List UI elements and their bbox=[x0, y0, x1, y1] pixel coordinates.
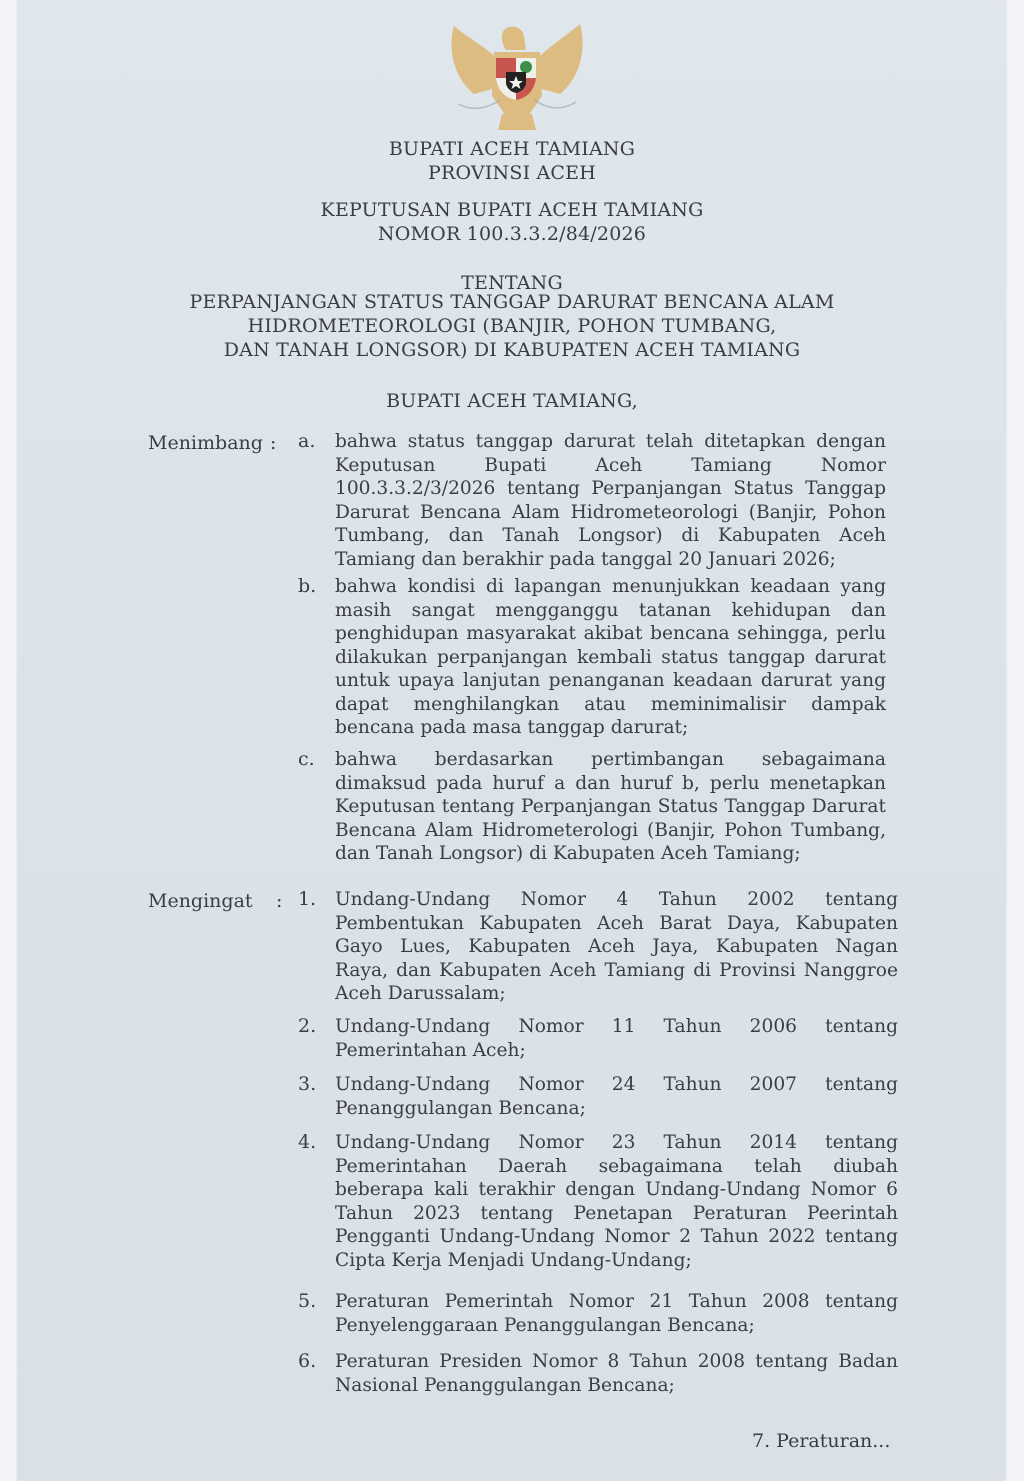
menimbang-item-text: bahwa kondisi di lapangan menunjukkan ke… bbox=[335, 575, 886, 740]
menimbang-item: a.bahwa status tanggap darurat telah dit… bbox=[298, 430, 886, 571]
menimbang-item-text: bahwa berdasarkan pertimbangan sebagaima… bbox=[335, 748, 886, 866]
mengingat-item: 3.Undang-Undang Nomor 24 Tahun 2007 tent… bbox=[298, 1073, 898, 1120]
mengingat-item: 2.Undang-Undang Nomor 11 Tahun 2006 tent… bbox=[298, 1015, 898, 1062]
text-line: dilakukan perpanjangan kembali status ta… bbox=[335, 646, 886, 670]
text-line: dan Tanah Longsor) di Kabupaten Aceh Tam… bbox=[335, 842, 886, 866]
menimbang-colon: : bbox=[270, 432, 276, 455]
text-line: Bencana Alam Hidrometerologi (Banjir, Po… bbox=[335, 819, 886, 843]
mengingat-item: 4.Undang-Undang Nomor 23 Tahun 2014 tent… bbox=[298, 1131, 898, 1272]
text-line: Penyelenggaraan Penanggulangan Bencana; bbox=[335, 1314, 898, 1338]
text-line: dapat menghilangkan atau meminimalisir d… bbox=[335, 693, 886, 717]
menimbang-item-marker: a. bbox=[298, 430, 315, 454]
text-line: Pemerintahan Aceh; bbox=[335, 1039, 898, 1063]
continuation-marker: 7. Peraturan... bbox=[752, 1430, 890, 1453]
mengingat-item-text: Undang-Undang Nomor 23 Tahun 2014 tentan… bbox=[335, 1131, 898, 1272]
mengingat-item: 5.Peraturan Pemerintah Nomor 21 Tahun 20… bbox=[298, 1290, 898, 1337]
text-line: Raya, dan Kabupaten Aceh Tamiang di Prov… bbox=[335, 959, 898, 983]
about-title-line: DAN TANAH LONGSOR) DI KABUPATEN ACEH TAM… bbox=[0, 338, 1024, 362]
issuer: BUPATI ACEH TAMIANG, bbox=[0, 390, 1024, 413]
text-line: bahwa kondisi di lapangan menunjukkan ke… bbox=[335, 575, 886, 599]
header-regent: BUPATI ACEH TAMIANG bbox=[0, 138, 1024, 161]
text-line: Peraturan Presiden Nomor 8 Tahun 2008 te… bbox=[335, 1350, 898, 1374]
garuda-emblem-icon bbox=[444, 16, 590, 134]
text-line: penghidupan masyarakat akibat bencana se… bbox=[335, 622, 886, 646]
text-line: Aceh Darussalam; bbox=[335, 982, 898, 1006]
text-line: Keputusan tentang Perpanjangan Status Ta… bbox=[335, 795, 886, 819]
menimbang-item: b.bahwa kondisi di lapangan menunjukkan … bbox=[298, 575, 886, 740]
about-title: PERPANJANGAN STATUS TANGGAP DARURAT BENC… bbox=[0, 290, 1024, 362]
mengingat-item-text: Undang-Undang Nomor 24 Tahun 2007 tentan… bbox=[335, 1073, 898, 1120]
text-line: bahwa berdasarkan pertimbangan sebagaima… bbox=[335, 748, 886, 772]
text-line: Pembentukan Kabupaten Aceh Barat Daya, K… bbox=[335, 912, 898, 936]
header-province: PROVINSI ACEH bbox=[0, 162, 1024, 185]
menimbang-item: c.bahwa berdasarkan pertimbangan sebagai… bbox=[298, 748, 886, 866]
mengingat-item: 1.Undang-Undang Nomor 4 Tahun 2002 tenta… bbox=[298, 888, 898, 1006]
mengingat-item-marker: 2. bbox=[298, 1015, 316, 1039]
mengingat-item-marker: 6. bbox=[298, 1350, 316, 1374]
text-line: Penanggulangan Bencana; bbox=[335, 1097, 898, 1121]
text-line: Pengganti Undang-Undang Nomor 2 Tahun 20… bbox=[335, 1225, 898, 1249]
mengingat-item-marker: 1. bbox=[298, 888, 316, 912]
text-line: masih sangat mengganggu tatanan kehidupa… bbox=[335, 599, 886, 623]
text-line: Undang-Undang Nomor 24 Tahun 2007 tentan… bbox=[335, 1073, 898, 1097]
text-line: Tahun 2023 tentang Penetapan Peraturan P… bbox=[335, 1202, 898, 1226]
text-line: Keputusan Bupati Aceh Tamiang Nomor bbox=[335, 454, 886, 478]
mengingat-label: Mengingat bbox=[148, 890, 253, 913]
mengingat-item-marker: 4. bbox=[298, 1131, 316, 1155]
text-line: Darurat Bencana Alam Hidrometeorologi (B… bbox=[335, 501, 886, 525]
text-line: Gayo Lues, Kabupaten Aceh Jaya, Kabupate… bbox=[335, 935, 898, 959]
text-line: dimaksud pada huruf a dan huruf b, perlu… bbox=[335, 772, 886, 796]
text-line: Tumbang, dan Tanah Longsor) di Kabupaten… bbox=[335, 524, 886, 548]
mengingat-item-text: Undang-Undang Nomor 4 Tahun 2002 tentang… bbox=[335, 888, 898, 1006]
text-line: 100.3.3.2/3/2026 tentang Perpanjangan St… bbox=[335, 477, 886, 501]
mengingat-item-text: Peraturan Presiden Nomor 8 Tahun 2008 te… bbox=[335, 1350, 898, 1397]
menimbang-item-marker: c. bbox=[298, 748, 315, 772]
menimbang-item-marker: b. bbox=[298, 575, 316, 599]
text-line: untuk upaya lanjutan penanganan keadaan … bbox=[335, 669, 886, 693]
text-line: beberapa kali terakhir dengan Undang-Und… bbox=[335, 1178, 898, 1202]
text-line: Undang-Undang Nomor 11 Tahun 2006 tentan… bbox=[335, 1015, 898, 1039]
text-line: bahwa status tanggap darurat telah ditet… bbox=[335, 430, 886, 454]
mengingat-item: 6.Peraturan Presiden Nomor 8 Tahun 2008 … bbox=[298, 1350, 898, 1397]
menimbang-item-text: bahwa status tanggap darurat telah ditet… bbox=[335, 430, 886, 571]
decree-title: KEPUTUSAN BUPATI ACEH TAMIANG bbox=[0, 199, 1024, 222]
about-title-line: HIDROMETEOROLOGI (BANJIR, POHON TUMBANG, bbox=[0, 314, 1024, 338]
mengingat-item-text: Peraturan Pemerintah Nomor 21 Tahun 2008… bbox=[335, 1290, 898, 1337]
text-line: Undang-Undang Nomor 23 Tahun 2014 tentan… bbox=[335, 1131, 898, 1155]
text-line: bencana pada masa tanggap darurat; bbox=[335, 716, 886, 740]
decree-number: NOMOR 100.3.3.2/84/2026 bbox=[0, 223, 1024, 246]
mengingat-item-marker: 3. bbox=[298, 1073, 316, 1097]
text-line: Peraturan Pemerintah Nomor 21 Tahun 2008… bbox=[335, 1290, 898, 1314]
text-line: Undang-Undang Nomor 4 Tahun 2002 tentang bbox=[335, 888, 898, 912]
mengingat-item-text: Undang-Undang Nomor 11 Tahun 2006 tentan… bbox=[335, 1015, 898, 1062]
text-line: Cipta Kerja Menjadi Undang-Undang; bbox=[335, 1249, 898, 1273]
mengingat-colon: : bbox=[276, 890, 282, 913]
text-line: Tamiang dan berakhir pada tanggal 20 Jan… bbox=[335, 548, 886, 572]
text-line: Nasional Penanggulangan Bencana; bbox=[335, 1374, 898, 1398]
menimbang-label: Menimbang bbox=[148, 432, 263, 455]
text-line: Pemerintahan Daerah sebagaimana telah di… bbox=[335, 1155, 898, 1179]
about-title-line: PERPANJANGAN STATUS TANGGAP DARURAT BENC… bbox=[0, 290, 1024, 314]
mengingat-item-marker: 5. bbox=[298, 1290, 316, 1314]
